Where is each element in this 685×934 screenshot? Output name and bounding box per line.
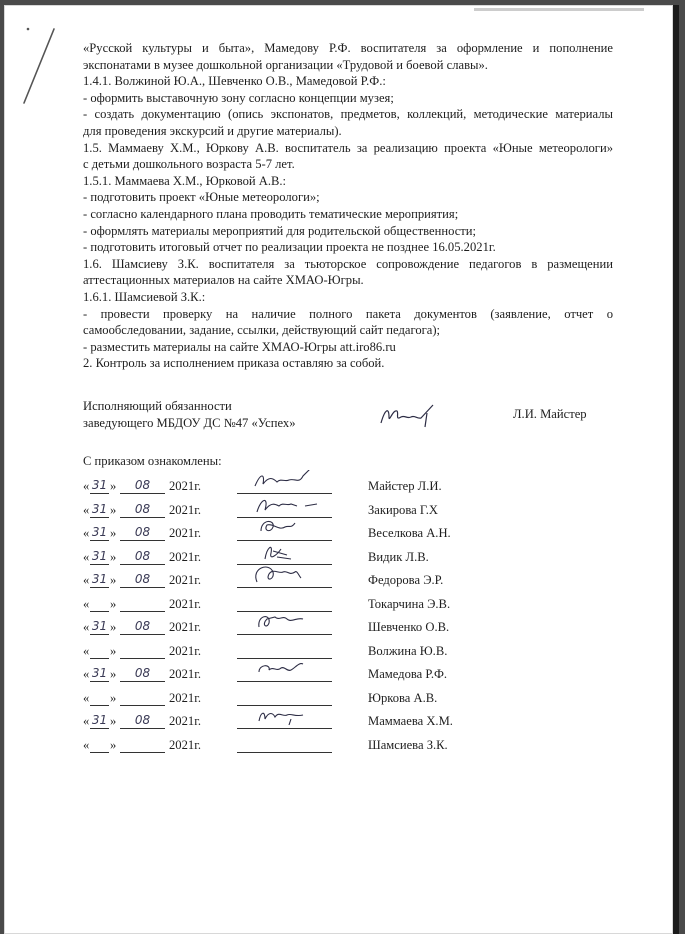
close-quote: » bbox=[110, 617, 116, 637]
employee-name: Токарчина Э.В. bbox=[368, 594, 450, 614]
day-field: 31 bbox=[90, 619, 109, 635]
signature-line bbox=[237, 619, 332, 635]
acknowledgement-row: «31»082021г.Закирова Г.Х bbox=[83, 500, 603, 524]
executive-name: Л.И. Майстер bbox=[513, 406, 587, 423]
paragraph-line: 1.6. Шамсиеву З.К. воспитателя за тьютор… bbox=[83, 256, 613, 273]
close-quote: » bbox=[110, 735, 116, 755]
day-field: 31 bbox=[90, 572, 109, 588]
executive-signature bbox=[377, 403, 439, 429]
day-field: 31 bbox=[90, 666, 109, 682]
year-label: 2021г. bbox=[169, 711, 201, 731]
day-field bbox=[90, 643, 109, 659]
year-label: 2021г. bbox=[169, 500, 201, 520]
employee-name: Федорова Э.Р. bbox=[368, 570, 443, 590]
paragraph-line: для проведения экскурсий и другие матери… bbox=[83, 123, 613, 140]
handwritten-signature bbox=[251, 470, 319, 494]
signature-line bbox=[237, 666, 332, 682]
close-quote: » bbox=[110, 523, 116, 543]
year-label: 2021г. bbox=[169, 664, 201, 684]
day-field: 31 bbox=[90, 713, 109, 729]
month-field: 08 bbox=[120, 502, 165, 518]
month-field: 08 bbox=[120, 666, 165, 682]
paragraph-line: аттестационных материалов на сайте ХМАО-… bbox=[83, 272, 613, 289]
signature-line bbox=[237, 643, 332, 659]
open-quote: « bbox=[83, 523, 89, 543]
paragraph-line: - согласно календарного плана проводить … bbox=[83, 206, 613, 223]
signature-line bbox=[237, 525, 332, 541]
signature-line bbox=[237, 713, 332, 729]
year-label: 2021г. bbox=[169, 570, 201, 590]
year-label: 2021г. bbox=[169, 594, 201, 614]
paragraph-line: с детьми дошкольного возраста 5-7 лет. bbox=[83, 156, 613, 173]
day-field bbox=[90, 690, 109, 706]
open-quote: « bbox=[83, 641, 89, 661]
close-quote: » bbox=[110, 500, 116, 520]
signature-line bbox=[237, 502, 332, 518]
month-field bbox=[120, 737, 165, 753]
day-field bbox=[90, 596, 109, 612]
day-field: 31 bbox=[90, 502, 109, 518]
open-quote: « bbox=[83, 547, 89, 567]
month-field bbox=[120, 596, 165, 612]
acknowledgement-row: «31»082021г.Веселкова А.Н. bbox=[83, 523, 603, 547]
month-field: 08 bbox=[120, 713, 165, 729]
month-field: 08 bbox=[120, 572, 165, 588]
year-label: 2021г. bbox=[169, 688, 201, 708]
handwritten-signature bbox=[251, 517, 319, 541]
close-quote: » bbox=[110, 688, 116, 708]
handwritten-signature bbox=[251, 494, 319, 518]
handwritten-signature bbox=[251, 564, 319, 588]
year-label: 2021г. bbox=[169, 735, 201, 755]
paragraph-line: «Русской культуры и быта», Мамедову Р.Ф.… bbox=[83, 40, 613, 57]
employee-name: Видик Л.В. bbox=[368, 547, 429, 567]
employee-name: Майстер Л.И. bbox=[368, 476, 442, 496]
day-field bbox=[90, 737, 109, 753]
handwritten-signature bbox=[251, 611, 319, 635]
acknowledgement-list: «31»082021г.Майстер Л.И.«31»082021г.Заки… bbox=[83, 476, 603, 758]
signature-line bbox=[237, 572, 332, 588]
paragraph-line: - подготовить проект «Юные метеорологи»; bbox=[83, 189, 613, 206]
employee-name: Шамсиева З.К. bbox=[368, 735, 448, 755]
paragraph-line: 2. Контроль за исполнением приказа остав… bbox=[83, 355, 613, 372]
month-field bbox=[120, 643, 165, 659]
open-quote: « bbox=[83, 688, 89, 708]
acknowledgement-row: «31»082021г.Майстер Л.И. bbox=[83, 476, 603, 500]
year-label: 2021г. bbox=[169, 547, 201, 567]
month-field: 08 bbox=[120, 525, 165, 541]
year-label: 2021г. bbox=[169, 523, 201, 543]
acknowledgement-title: С приказом ознакомлены: bbox=[83, 454, 222, 469]
open-quote: « bbox=[83, 594, 89, 614]
close-quote: » bbox=[110, 664, 116, 684]
close-quote: » bbox=[110, 711, 116, 731]
signature-line bbox=[237, 478, 332, 494]
employee-name: Маммаева Х.М. bbox=[368, 711, 453, 731]
pen-stroke-mark bbox=[18, 15, 58, 105]
executive-signature-block: Исполняющий обязанности заведующего МБДО… bbox=[83, 398, 613, 431]
paragraph-line: экспонатами в музее дошкольной организац… bbox=[83, 57, 613, 74]
open-quote: « bbox=[83, 664, 89, 684]
month-field bbox=[120, 690, 165, 706]
open-quote: « bbox=[83, 476, 89, 496]
employee-name: Закирова Г.Х bbox=[368, 500, 438, 520]
viewer-edge-shadow bbox=[673, 5, 679, 934]
employee-name: Шевченко О.В. bbox=[368, 617, 449, 637]
paragraph-line: - оформлять материалы мероприятий для ро… bbox=[83, 223, 613, 240]
paragraph-line: - подготовить итоговый отчет по реализац… bbox=[83, 239, 613, 256]
paragraph-line: 1.6.1. Шамсиевой З.К.: bbox=[83, 289, 613, 306]
paragraph-line: - создать документацию (опись экспонатов… bbox=[83, 106, 613, 123]
day-field: 31 bbox=[90, 549, 109, 565]
month-field: 08 bbox=[120, 549, 165, 565]
paragraph-line: самообследовании, задание, ссылки, дейст… bbox=[83, 322, 613, 339]
acknowledgement-row: «31»082021г.Федорова Э.Р. bbox=[83, 570, 603, 594]
signature-line bbox=[237, 737, 332, 753]
handwritten-signature bbox=[251, 705, 319, 729]
employee-name: Веселкова А.Н. bbox=[368, 523, 451, 543]
year-label: 2021г. bbox=[169, 617, 201, 637]
signature-line bbox=[237, 596, 332, 612]
close-quote: » bbox=[110, 594, 116, 614]
paragraph-line: 1.5. Маммаеву Х.М., Юркову А.В. воспитат… bbox=[83, 140, 613, 157]
signature-line bbox=[237, 690, 332, 706]
handwritten-signature bbox=[251, 658, 319, 682]
acknowledgement-row: «31»082021г.Мамедова Р.Ф. bbox=[83, 664, 603, 688]
acknowledgement-row: «»2021г.Юркова А.В. bbox=[83, 688, 603, 712]
paragraph-line: 1.5.1. Маммаева Х.М., Юрковой А.В.: bbox=[83, 173, 613, 190]
month-field: 08 bbox=[120, 619, 165, 635]
employee-name: Мамедова Р.Ф. bbox=[368, 664, 447, 684]
signature-line bbox=[237, 549, 332, 565]
employee-name: Волжина Ю.В. bbox=[368, 641, 447, 661]
acknowledgement-row: «31»082021г.Маммаева Х.М. bbox=[83, 711, 603, 735]
close-quote: » bbox=[110, 547, 116, 567]
paragraph-line: - оформить выставочную зону согласно кон… bbox=[83, 90, 613, 107]
bleed-through-text bbox=[474, 8, 644, 11]
close-quote: » bbox=[110, 476, 116, 496]
order-body-text: «Русской культуры и быта», Мамедову Р.Ф.… bbox=[83, 40, 613, 372]
handwritten-signature bbox=[251, 541, 319, 565]
paragraph-line: 1.4.1. Волжиной Ю.А., Шевченко О.В., Мам… bbox=[83, 73, 613, 90]
document-page: «Русской культуры и быта», Мамедову Р.Ф.… bbox=[4, 5, 673, 934]
paragraph-line: - провести проверку на наличие полного п… bbox=[83, 306, 613, 323]
acknowledgement-row: «»2021г.Токарчина Э.В. bbox=[83, 594, 603, 618]
paragraph-line: - разместить материалы на сайте ХМАО-Югр… bbox=[83, 339, 613, 356]
employee-name: Юркова А.В. bbox=[368, 688, 437, 708]
day-field: 31 bbox=[90, 478, 109, 494]
acknowledgement-row: «»2021г.Волжина Ю.В. bbox=[83, 641, 603, 665]
close-quote: » bbox=[110, 641, 116, 661]
acknowledgement-row: «31»082021г.Шевченко О.В. bbox=[83, 617, 603, 641]
open-quote: « bbox=[83, 570, 89, 590]
close-quote: » bbox=[110, 570, 116, 590]
year-label: 2021г. bbox=[169, 476, 201, 496]
open-quote: « bbox=[83, 500, 89, 520]
acknowledgement-row: «31»082021г.Видик Л.В. bbox=[83, 547, 603, 571]
acknowledgement-row: «»2021г.Шамсиева З.К. bbox=[83, 735, 603, 759]
open-quote: « bbox=[83, 735, 89, 755]
month-field: 08 bbox=[120, 478, 165, 494]
open-quote: « bbox=[83, 711, 89, 731]
open-quote: « bbox=[83, 617, 89, 637]
day-field: 31 bbox=[90, 525, 109, 541]
year-label: 2021г. bbox=[169, 641, 201, 661]
